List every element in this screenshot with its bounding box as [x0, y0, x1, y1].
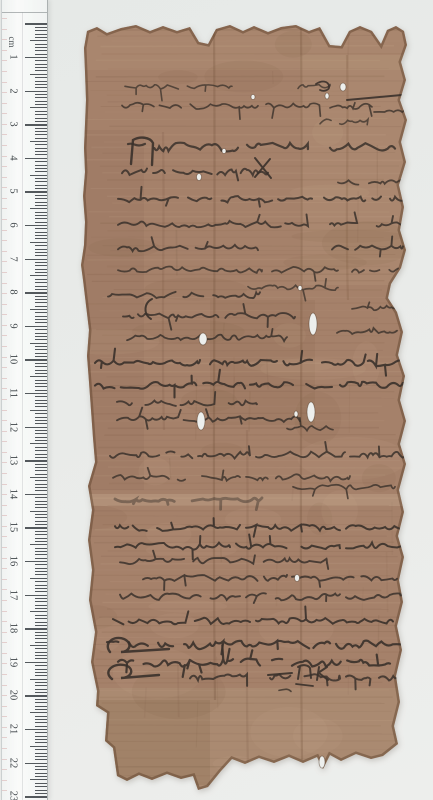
- ruler-tick: [35, 406, 47, 407]
- ruler-tick: [35, 652, 47, 653]
- ruler-number: 23: [8, 791, 19, 800]
- ruler-tick: [35, 749, 47, 750]
- ruler-tick: [35, 235, 47, 236]
- ruler-tick: [35, 568, 47, 569]
- ruler-tick: [35, 655, 47, 656]
- ruler-tick: [35, 699, 47, 700]
- ruler-tick: [35, 732, 47, 733]
- ruler-inch-tick: [2, 431, 7, 432]
- ruler-tick: [35, 37, 47, 38]
- ruler-inch-tick: [2, 452, 7, 453]
- ruler-tick: [35, 440, 47, 441]
- ruler-tick: [35, 212, 47, 213]
- papyrus-seam: [347, 55, 348, 300]
- ruler-number: 9: [8, 323, 19, 328]
- ruler-inch-tick: [2, 240, 7, 241]
- ruler-inch-tick: [2, 695, 7, 696]
- ruler-tick: [35, 286, 47, 287]
- ruler-inch-tick: [2, 166, 7, 167]
- ruler-tick: [35, 615, 47, 616]
- ruler-tick: [35, 168, 47, 169]
- ruler-tick: [35, 474, 47, 475]
- ruler-tick: [35, 34, 47, 35]
- ruler-tick: [35, 625, 47, 626]
- ruler-tick: [25, 292, 47, 293]
- ruler-tick: [35, 739, 47, 740]
- ruler-inch-tick: [2, 50, 7, 51]
- ruler-tick: [35, 27, 47, 28]
- ruler-tick: [35, 195, 47, 196]
- ruler-inch-tick: [2, 304, 7, 305]
- ruler-tick: [35, 383, 47, 384]
- ruler-inch-tick: [2, 251, 7, 252]
- ruler-tick: [25, 124, 47, 125]
- ruler-tick: [35, 148, 47, 149]
- ruler-inch-tick: [2, 60, 7, 61]
- ruler-tick: [25, 729, 47, 730]
- ruler-tick: [35, 413, 47, 414]
- ruler-number: 19: [8, 657, 19, 668]
- ruler-tick: [35, 581, 47, 582]
- ruler-inch-tick: [2, 727, 7, 728]
- ruler-inch-tick: [2, 283, 7, 284]
- ruler-tick: [35, 380, 47, 381]
- ruler-tick: [25, 460, 47, 461]
- ruler-tick: [35, 793, 47, 794]
- ruler-tick: [35, 554, 47, 555]
- ruler-number: 22: [8, 757, 19, 768]
- ruler-groove: [22, 12, 23, 800]
- ruler-tick: [25, 191, 47, 192]
- ruler-inch-tick: [2, 187, 7, 188]
- ruler-tick: [35, 447, 47, 448]
- ruler-tick: [35, 118, 47, 119]
- ruler-tick: [35, 490, 47, 491]
- ruler-tick: [30, 679, 47, 680]
- ruler-number: 11: [8, 388, 19, 398]
- ruler-tick: [25, 225, 47, 226]
- ruler-tick: [25, 527, 47, 528]
- ruler-tick: [25, 561, 47, 562]
- ruler-inch-tick: [2, 663, 7, 664]
- ruler-inch-tick: [2, 685, 7, 686]
- ruler-tick: [35, 101, 47, 102]
- ruler-inch-tick: [2, 103, 7, 104]
- ruler-tick: [35, 104, 47, 105]
- ruler-tick: [35, 87, 47, 88]
- ruler-tick: [35, 756, 47, 757]
- ruler-tick: [35, 726, 47, 727]
- ruler-tick: [25, 359, 47, 360]
- ruler-inch-tick: [2, 293, 7, 294]
- ruler-inch-tick: [2, 134, 7, 135]
- photo-stage: cm 1234567891011121314151617181920212223: [0, 0, 433, 800]
- ruler-tick: [35, 632, 47, 633]
- ruler-number: 6: [8, 222, 19, 227]
- ruler-tick: [35, 672, 47, 673]
- ruler-inch-tick: [2, 737, 7, 738]
- ruler-inch-tick: [2, 706, 7, 707]
- ruler-tick: [35, 255, 47, 256]
- ruler-tick: [35, 470, 47, 471]
- ruler-inch-tick: [2, 621, 7, 622]
- ruler-inch-tick: [2, 198, 7, 199]
- ruler-number: 20: [8, 690, 19, 701]
- ruler-end-edge: [2, 12, 47, 13]
- ruler-tick: [35, 282, 47, 283]
- ruler-inch-tick: [2, 547, 7, 548]
- ruler-tick: [35, 349, 47, 350]
- ruler-tick: [35, 776, 47, 777]
- ruler-tick: [35, 50, 47, 51]
- ruler-tick: [35, 154, 47, 155]
- ruler-tick: [35, 538, 47, 539]
- ruler-inch-tick: [2, 71, 7, 72]
- ruler-tick: [25, 57, 47, 58]
- ruler-inch-tick: [2, 357, 7, 358]
- ruler-inch-tick: [2, 568, 7, 569]
- ruler-inch-tick: [2, 325, 7, 326]
- ruler-inch-tick: [2, 92, 7, 93]
- ruler-inch-tick: [2, 759, 7, 760]
- ruler-tick: [35, 353, 47, 354]
- ruler-inch-tick: [2, 441, 7, 442]
- ruler-tick: [35, 77, 47, 78]
- ruler-tick: [35, 198, 47, 199]
- ruler-tick: [35, 222, 47, 223]
- ruler-tick: [35, 30, 47, 31]
- ruler-tick: [35, 753, 47, 754]
- ruler-tick: [25, 595, 47, 596]
- ruler-tick: [30, 208, 47, 209]
- ruler-inch-tick: [2, 177, 7, 178]
- ruler-inch-tick: [2, 769, 7, 770]
- ruler-tick: [35, 181, 47, 182]
- ruler-tick: [35, 420, 47, 421]
- ruler: cm 1234567891011121314151617181920212223: [1, 0, 48, 800]
- ruler-tick: [35, 356, 47, 357]
- ruler-tick: [35, 564, 47, 565]
- ruler-tick: [35, 322, 47, 323]
- ruler-tick: [30, 611, 47, 612]
- ruler-inch-tick: [2, 219, 7, 220]
- ruler-tick: [25, 259, 47, 260]
- ruler-number: 16: [8, 556, 19, 567]
- ruler-tick: [35, 487, 47, 488]
- ruler-inch-tick: [2, 589, 7, 590]
- ruler-tick: [35, 151, 47, 152]
- ruler-tick: [25, 662, 47, 663]
- ruler-inch-tick: [2, 674, 7, 675]
- ruler-inch-tick: [2, 420, 7, 421]
- ruler-tick: [35, 558, 47, 559]
- ruler-tick: [35, 238, 47, 239]
- ruler-tick: [35, 585, 47, 586]
- ruler-tick: [30, 712, 47, 713]
- ruler-tick: [35, 312, 47, 313]
- ruler-tick: [30, 779, 47, 780]
- ruler-tick: [35, 333, 47, 334]
- ruler-tick: [35, 252, 47, 253]
- ruler-tick: [35, 464, 47, 465]
- papyrus-hole: [251, 95, 255, 100]
- ruler-tick: [35, 272, 47, 273]
- ruler-tick: [35, 396, 47, 397]
- ruler-tick: [35, 279, 47, 280]
- ruler-tick: [35, 205, 47, 206]
- papyrus-hole: [199, 333, 207, 345]
- ruler-tick: [35, 484, 47, 485]
- papyrus-hole: [197, 174, 202, 181]
- papyrus-seam: [247, 430, 248, 768]
- ruler-tick: [35, 689, 47, 690]
- ruler-tick: [30, 544, 47, 545]
- ruler-tick: [30, 578, 47, 579]
- ruler-inch-tick: [2, 716, 7, 717]
- ruler-tick: [35, 759, 47, 760]
- ruler-number: 2: [8, 88, 19, 93]
- ruler-inch-tick: [2, 29, 7, 30]
- ruler-inch-tick: [2, 156, 7, 157]
- ruler-tick: [35, 363, 47, 364]
- papyrus-hole: [295, 575, 300, 582]
- ruler-tick: [35, 648, 47, 649]
- ruler-tick: [35, 299, 47, 300]
- ruler-tick: [35, 642, 47, 643]
- ruler-tick: [35, 605, 47, 606]
- ruler-tick: [30, 275, 47, 276]
- ruler-tick: [35, 675, 47, 676]
- ruler-tick: [35, 635, 47, 636]
- ruler-inch-tick: [2, 579, 7, 580]
- ruler-tick: [25, 23, 47, 24]
- ruler-tick: [35, 336, 47, 337]
- ruler-number: 14: [8, 489, 19, 500]
- ruler-tick: [35, 517, 47, 518]
- ruler-tick: [35, 218, 47, 219]
- papyrus-hole: [325, 93, 329, 99]
- ruler-number: 7: [8, 256, 19, 261]
- ruler-tick: [35, 622, 47, 623]
- ruler-tick: [35, 44, 47, 45]
- ruler-tick: [35, 504, 47, 505]
- ruler-tick: [25, 91, 47, 92]
- ruler-inch-tick: [2, 346, 7, 347]
- ruler-tick: [35, 178, 47, 179]
- ruler-tick: [35, 574, 47, 575]
- ruler-tick: [35, 373, 47, 374]
- ruler-inch-tick: [2, 505, 7, 506]
- ruler-inch-tick: [2, 18, 7, 19]
- ruler-inch-tick: [2, 335, 7, 336]
- ruler-inch-tick: [2, 484, 7, 485]
- ruler-tick: [30, 746, 47, 747]
- ruler-tick: [35, 658, 47, 659]
- ruler-tick: [35, 390, 47, 391]
- ruler-tick: [30, 443, 47, 444]
- ruler-inch-tick: [2, 82, 7, 83]
- ruler-tick: [35, 296, 47, 297]
- ruler-tick: [35, 722, 47, 723]
- ruler-tick: [35, 64, 47, 65]
- ruler-inch-tick: [2, 113, 7, 114]
- ruler-tick: [35, 346, 47, 347]
- ruler-number: 10: [8, 354, 19, 365]
- ruler-tick: [35, 232, 47, 233]
- ruler-tick: [35, 571, 47, 572]
- ruler-number: 18: [8, 623, 19, 634]
- ruler-tick: [35, 719, 47, 720]
- papyrus-hole: [309, 313, 317, 335]
- ruler-number: 13: [8, 455, 19, 466]
- ruler-tick: [35, 165, 47, 166]
- ruler-inch-tick: [2, 473, 7, 474]
- ruler-inch-tick: [2, 494, 7, 495]
- ruler-tick: [35, 269, 47, 270]
- ruler-tick: [35, 702, 47, 703]
- ruler-tick: [30, 343, 47, 344]
- ruler-tick: [35, 638, 47, 639]
- ruler-tick: [35, 128, 47, 129]
- ruler-tick: [35, 601, 47, 602]
- ruler-unit-label: cm: [7, 37, 17, 48]
- ruler-tick: [35, 54, 47, 55]
- ruler-tick: [35, 521, 47, 522]
- ruler-tick: [25, 628, 47, 629]
- ruler-tick: [35, 70, 47, 71]
- ruler-tick: [35, 306, 47, 307]
- ruler-tick: [35, 709, 47, 710]
- ruler-tick: [35, 60, 47, 61]
- ruler-tick: [35, 497, 47, 498]
- ruler-inch-tick: [2, 314, 7, 315]
- ruler-tick: [35, 430, 47, 431]
- ruler-tick: [35, 608, 47, 609]
- ruler-tick: [30, 242, 47, 243]
- ruler-tick: [35, 262, 47, 263]
- ruler-tick: [35, 111, 47, 112]
- ruler-tick: [30, 175, 47, 176]
- ruler-inch-tick: [2, 378, 7, 379]
- ruler-inch-tick: [2, 39, 7, 40]
- papyrus-seam: [301, 28, 302, 760]
- ruler-inch-tick: [2, 515, 7, 516]
- ruler-inch-tick: [2, 600, 7, 601]
- ruler-tick: [30, 40, 47, 41]
- ruler-tick: [35, 67, 47, 68]
- ruler-tick: [30, 410, 47, 411]
- ruler-tick: [30, 141, 47, 142]
- ruler-tick: [35, 215, 47, 216]
- ruler-tick: [35, 265, 47, 266]
- ruler-tick: [35, 467, 47, 468]
- ruler-tick: [35, 450, 47, 451]
- ruler-tick: [35, 339, 47, 340]
- ruler-tick: [30, 511, 47, 512]
- ruler-number: 15: [8, 522, 19, 533]
- ruler-tick: [35, 386, 47, 387]
- ruler-inch-tick: [2, 642, 7, 643]
- ruler-tick: [30, 309, 47, 310]
- ruler-tick: [35, 773, 47, 774]
- ruler-tick: [35, 682, 47, 683]
- ruler-tick: [25, 427, 47, 428]
- ruler-tick: [35, 97, 47, 98]
- ruler-tick: [35, 769, 47, 770]
- papyrus-hole: [298, 286, 302, 291]
- ruler-tick: [35, 188, 47, 189]
- ruler-inch-tick: [2, 230, 7, 231]
- ruler-tick: [35, 202, 47, 203]
- ruler-tick: [25, 158, 47, 159]
- ruler-tick: [25, 393, 47, 394]
- ruler-tick: [35, 541, 47, 542]
- ruler-tick: [25, 796, 47, 797]
- ruler-tick: [35, 131, 47, 132]
- ruler-tick: [35, 551, 47, 552]
- ruler-inch-tick: [2, 462, 7, 463]
- ruler-tick: [35, 736, 47, 737]
- ruler-inch-tick: [2, 208, 7, 209]
- ruler-tick: [35, 618, 47, 619]
- ruler-tick: [35, 783, 47, 784]
- papyrus-hole: [197, 412, 205, 430]
- ruler-inch-tick: [2, 790, 7, 791]
- ruler-tick: [35, 433, 47, 434]
- ruler-tick: [35, 685, 47, 686]
- ruler-number: 12: [8, 421, 19, 432]
- ruler-tick: [35, 316, 47, 317]
- papyrus-hole: [307, 402, 315, 422]
- ruler-tick: [35, 531, 47, 532]
- ruler-tick: [35, 114, 47, 115]
- ruler-tick: [35, 548, 47, 549]
- ruler-tick: [35, 766, 47, 767]
- ruler-inch-tick: [2, 632, 7, 633]
- ruler-inch-tick: [2, 611, 7, 612]
- papyrus-photo: [0, 0, 433, 800]
- ruler-tick: [35, 598, 47, 599]
- ruler-number: 17: [8, 589, 19, 600]
- ruler-tick: [35, 437, 47, 438]
- ruler-inch-tick: [2, 261, 7, 262]
- ruler-tick: [35, 302, 47, 303]
- papyrus-hole: [340, 83, 346, 91]
- ruler-tick: [35, 47, 47, 48]
- ruler-tick: [35, 289, 47, 290]
- ruler-tick: [25, 494, 47, 495]
- ruler-tick: [30, 74, 47, 75]
- ruler-tick: [35, 144, 47, 145]
- ruler-tick: [35, 121, 47, 122]
- ruler-tick: [30, 645, 47, 646]
- ruler-tick: [35, 417, 47, 418]
- ruler-tick: [35, 228, 47, 229]
- ruler-inch-tick: [2, 124, 7, 125]
- ruler-tick: [35, 692, 47, 693]
- ruler-inch-tick: [2, 272, 7, 273]
- ruler-tick: [35, 514, 47, 515]
- ruler-tick: [30, 477, 47, 478]
- ruler-tick: [35, 742, 47, 743]
- ruler-inch-tick: [2, 526, 7, 527]
- ruler-inch-tick: [2, 558, 7, 559]
- ruler-tick: [35, 507, 47, 508]
- ruler-inch-tick: [2, 410, 7, 411]
- ruler-tick: [35, 81, 47, 82]
- ruler-tick: [35, 669, 47, 670]
- ruler-tick: [25, 763, 47, 764]
